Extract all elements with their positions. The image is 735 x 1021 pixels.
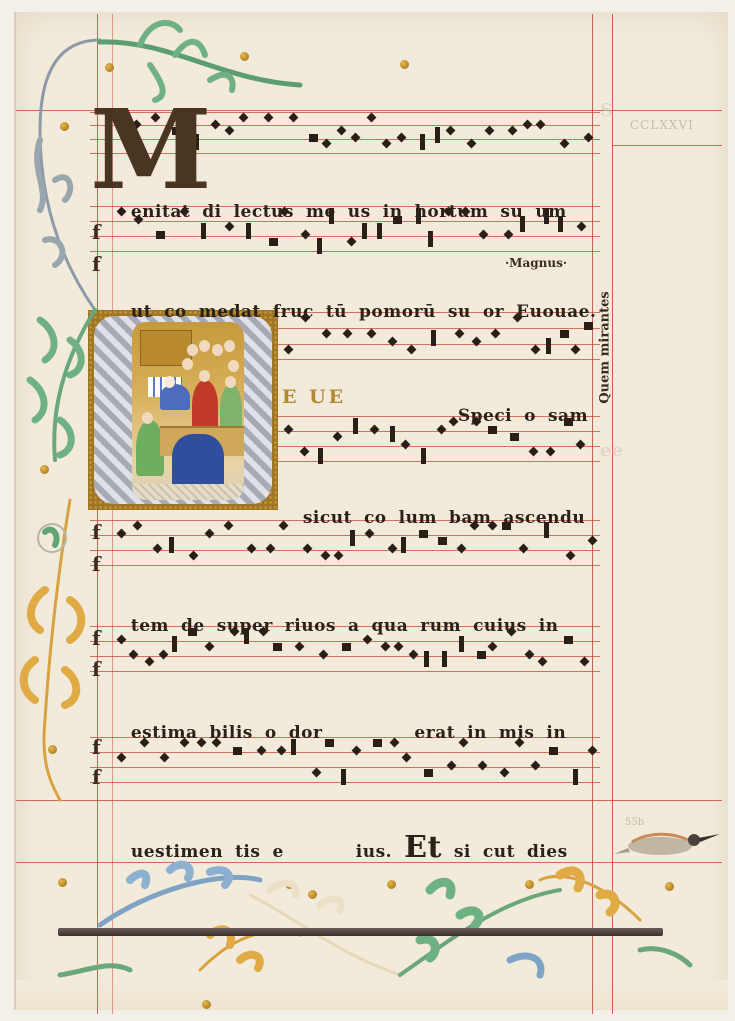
show-through-text: ee	[600, 440, 623, 461]
mary-kneeling	[172, 434, 224, 490]
neume	[421, 448, 426, 464]
rule-top-2	[612, 145, 722, 146]
horizontal-bar	[58, 928, 663, 936]
text-line-upper: Speciosam	[445, 386, 595, 426]
neume	[233, 747, 242, 755]
neume	[438, 537, 447, 545]
neume	[424, 651, 429, 667]
neume	[424, 769, 433, 777]
bird-drawing	[608, 826, 720, 860]
clef-2b: f	[92, 252, 101, 276]
gold-dot	[48, 745, 57, 754]
neume	[459, 636, 464, 652]
gold-dot	[308, 890, 317, 899]
rubric-magnus: ·Magnus·	[505, 256, 567, 270]
neume	[350, 530, 355, 546]
neume	[584, 322, 593, 330]
neume	[401, 537, 406, 553]
neume	[341, 769, 346, 785]
neume	[156, 231, 165, 239]
neume	[510, 433, 519, 441]
gold-dot	[202, 1000, 211, 1009]
gold-dot	[105, 63, 114, 72]
neume	[431, 330, 436, 346]
neume	[273, 643, 282, 651]
text-line-2: utcomedatfructūpomorūsuorEuouae.	[118, 282, 598, 322]
neume	[246, 223, 251, 239]
gold-dot	[525, 880, 534, 889]
neume	[442, 651, 447, 667]
text-line-6: uestimentiseius.Etsicutdies	[118, 810, 598, 865]
text-line-3: sicutcolumbamascendu	[290, 488, 590, 528]
gold-letters: E UE	[282, 386, 346, 408]
neume	[549, 747, 558, 755]
neume	[377, 223, 382, 239]
neume	[546, 338, 551, 354]
show-through-text: S	[600, 100, 613, 121]
neume	[342, 643, 351, 651]
gold-dot	[387, 880, 396, 889]
neume	[419, 530, 428, 538]
text-line-4: temdesuperriuosaquarumcuiusin	[118, 596, 598, 636]
clef-6a: f	[92, 626, 101, 650]
gold-dot	[400, 60, 409, 69]
neume	[309, 134, 318, 142]
neume	[390, 426, 395, 442]
neume	[564, 636, 573, 644]
text-line-1: enitatdilectusmeusinhortumsuum	[118, 182, 598, 222]
neume	[169, 537, 174, 553]
neume	[477, 651, 486, 659]
gold-dot	[240, 52, 249, 61]
dormition-scene	[132, 322, 244, 500]
neume	[362, 223, 367, 239]
neume	[420, 134, 425, 150]
marginal-rubric: Quem mirantes	[598, 288, 613, 408]
floor	[132, 484, 244, 500]
neume	[560, 330, 569, 338]
clef-6b: f	[92, 657, 101, 681]
neume	[269, 238, 278, 246]
neume	[573, 769, 578, 785]
neume	[428, 231, 433, 247]
text-line-5: estimabilisodoreratinmisin	[118, 703, 598, 743]
clef-5a: f	[92, 520, 101, 544]
clef-5b: f	[92, 552, 101, 576]
neume	[353, 418, 358, 434]
neume	[317, 238, 322, 254]
neume	[488, 426, 497, 434]
gold-dot	[58, 878, 67, 887]
staff-7	[90, 737, 600, 797]
apostle-red	[192, 380, 218, 430]
gold-dot	[285, 880, 294, 889]
clef-7b: f	[92, 765, 101, 789]
gold-dot	[60, 122, 69, 131]
clef-2a: f	[92, 220, 101, 244]
rule-bottom-1	[16, 800, 722, 801]
gold-dot	[40, 465, 49, 474]
neume	[172, 636, 177, 652]
neume	[318, 448, 323, 464]
gold-dot	[665, 882, 674, 891]
historiated-initial-V	[88, 310, 278, 510]
folio-number: CCLXXVI	[630, 118, 694, 132]
neume	[435, 127, 440, 143]
virgin-on-bed	[160, 384, 190, 410]
neume	[201, 223, 206, 239]
clef-7a: f	[92, 735, 101, 759]
rule-right-outer	[612, 14, 613, 1014]
